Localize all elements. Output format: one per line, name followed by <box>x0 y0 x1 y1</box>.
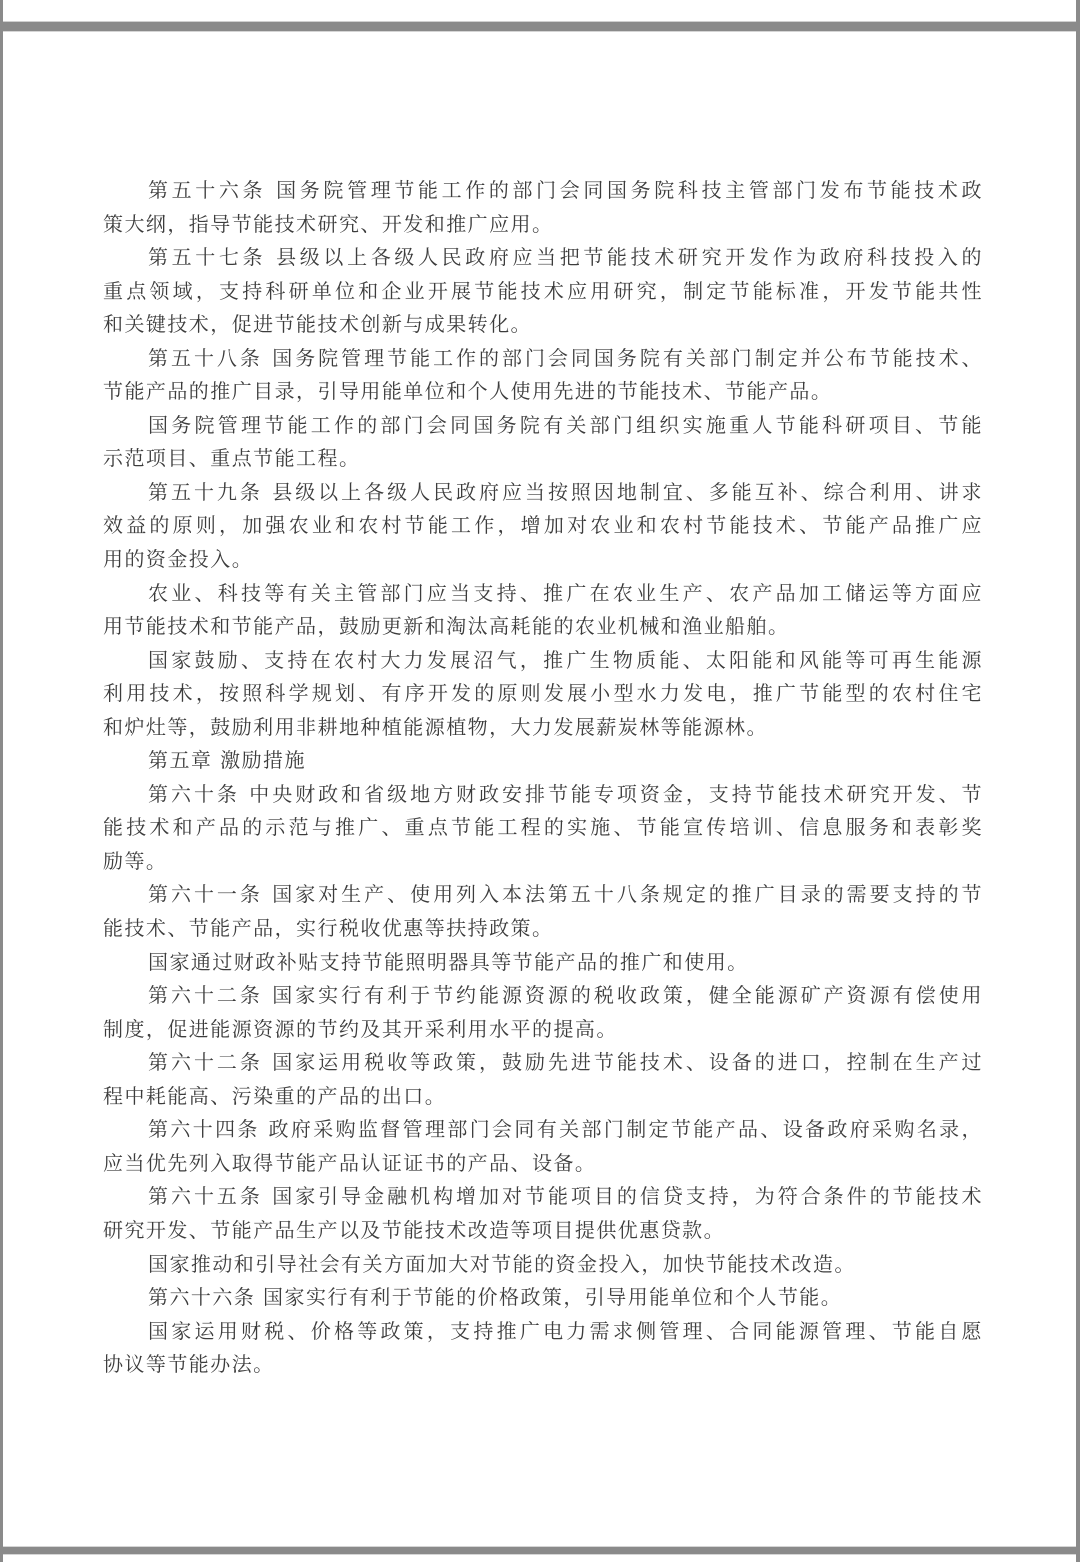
text-line: 能技术和产品的示范与推广、重点节能工程的实施、节能宣传培训、信息服务和表彰奖 <box>103 811 983 845</box>
text-line: 第五十六条 国务院管理节能工作的部门会同国务院科技主管部门发布节能技术政 <box>103 174 983 208</box>
text-line: 励等。 <box>103 845 983 879</box>
text-line: 第六十六条 国家实行有利于节能的价格政策，引导用能单位和个人节能。 <box>103 1281 983 1315</box>
page-text-block: 第五十六条 国务院管理节能工作的部门会同国务院科技主管部门发布节能技术政 策大纲… <box>103 174 983 1382</box>
text-line: 国家鼓励、支持在农村大力发展沼气，推广生物质能、太阳能和风能等可再生能源 <box>103 644 983 678</box>
text-line: 利用技术，按照科学规划、有序开发的原则发展小型水力发电，推广节能型的农村住宅 <box>103 677 983 711</box>
document-page: 第五十六条 国务院管理节能工作的部门会同国务院科技主管部门发布节能技术政 策大纲… <box>3 31 1076 1547</box>
text-line: 第六十二条 国家实行有利于节约能源资源的税收政策，健全能源矿产资源有偿使用 <box>103 979 983 1013</box>
next-page-edge <box>3 1554 1076 1562</box>
text-line: 示范项目、重点节能工程。 <box>103 442 983 476</box>
text-line: 应当优先列入取得节能产品认证证书的产品、设备。 <box>103 1147 983 1181</box>
text-line: 第六十四条 政府采购监督管理部门会同有关部门制定节能产品、设备政府采购名录， <box>103 1113 983 1147</box>
text-line: 策大纲，指导节能技术研究、开发和推广应用。 <box>103 208 983 242</box>
text-line: 效益的原则，加强农业和农村节能工作，增加对农业和农村节能技术、节能产品推广应 <box>103 509 983 543</box>
text-line: 国家推动和引导社会有关方面加大对节能的资金投入，加快节能技术改造。 <box>103 1248 983 1282</box>
text-line: 第五十八条 国务院管理节能工作的部门会同国务院有关部门制定并公布节能技术、 <box>103 342 983 376</box>
text-line: 第六十二条 国家运用税收等政策，鼓励先进节能技术、设备的进口，控制在生产过 <box>103 1046 983 1080</box>
text-line: 节能产品的推广目录，引导用能单位和个人使用先进的节能技术、节能产品。 <box>103 375 983 409</box>
text-line: 和炉灶等，鼓励利用非耕地种植能源植物，大力发展薪炭林等能源林。 <box>103 711 983 745</box>
text-line: 第五十九条 县级以上各级人民政府应当按照因地制宜、多能互补、综合利用、讲求 <box>103 476 983 510</box>
text-line: 用的资金投入。 <box>103 543 983 577</box>
text-line: 研究开发、节能产品生产以及节能技术改造等项目提供优惠贷款。 <box>103 1214 983 1248</box>
text-line: 农业、科技等有关主管部门应当支持、推广在农业生产、农产品加工储运等方面应 <box>103 577 983 611</box>
text-line: 程中耗能高、污染重的产品的出口。 <box>103 1080 983 1114</box>
text-line: 第六十一条 国家对生产、使用列入本法第五十八条规定的推广目录的需要支持的节 <box>103 878 983 912</box>
text-line: 第六十条 中央财政和省级地方财政安排节能专项资金，支持节能技术研究开发、节 <box>103 778 983 812</box>
text-line: 用节能技术和节能产品，鼓励更新和淘汰高耗能的农业机械和渔业船舶。 <box>103 610 983 644</box>
previous-page-edge <box>3 0 1076 22</box>
text-line: 国家通过财政补贴支持节能照明器具等节能产品的推广和使用。 <box>103 946 983 980</box>
text-line: 第六十五条 国家引导金融机构增加对节能项目的信贷支持，为符合条件的节能技术 <box>103 1180 983 1214</box>
text-line: 重点领域，支持科研单位和企业开展节能技术应用研究，制定节能标准，开发节能共性 <box>103 275 983 309</box>
text-line: 第五十七条 县级以上各级人民政府应当把节能技术研究开发作为政府科技投入的 <box>103 241 983 275</box>
chapter-heading: 第五章 激励措施 <box>103 744 983 778</box>
text-line: 制度，促进能源资源的节约及其开采利用水平的提高。 <box>103 1013 983 1047</box>
text-line: 和关键技术，促进节能技术创新与成果转化。 <box>103 308 983 342</box>
text-line: 能技术、节能产品，实行税收优惠等扶持政策。 <box>103 912 983 946</box>
text-line: 协议等节能办法。 <box>103 1348 983 1382</box>
text-line: 国务院管理节能工作的部门会同国务院有关部门组织实施重人节能科研项目、节能 <box>103 409 983 443</box>
text-line: 国家运用财税、价格等政策，支持推广电力需求侧管理、合同能源管理、节能自愿 <box>103 1315 983 1349</box>
